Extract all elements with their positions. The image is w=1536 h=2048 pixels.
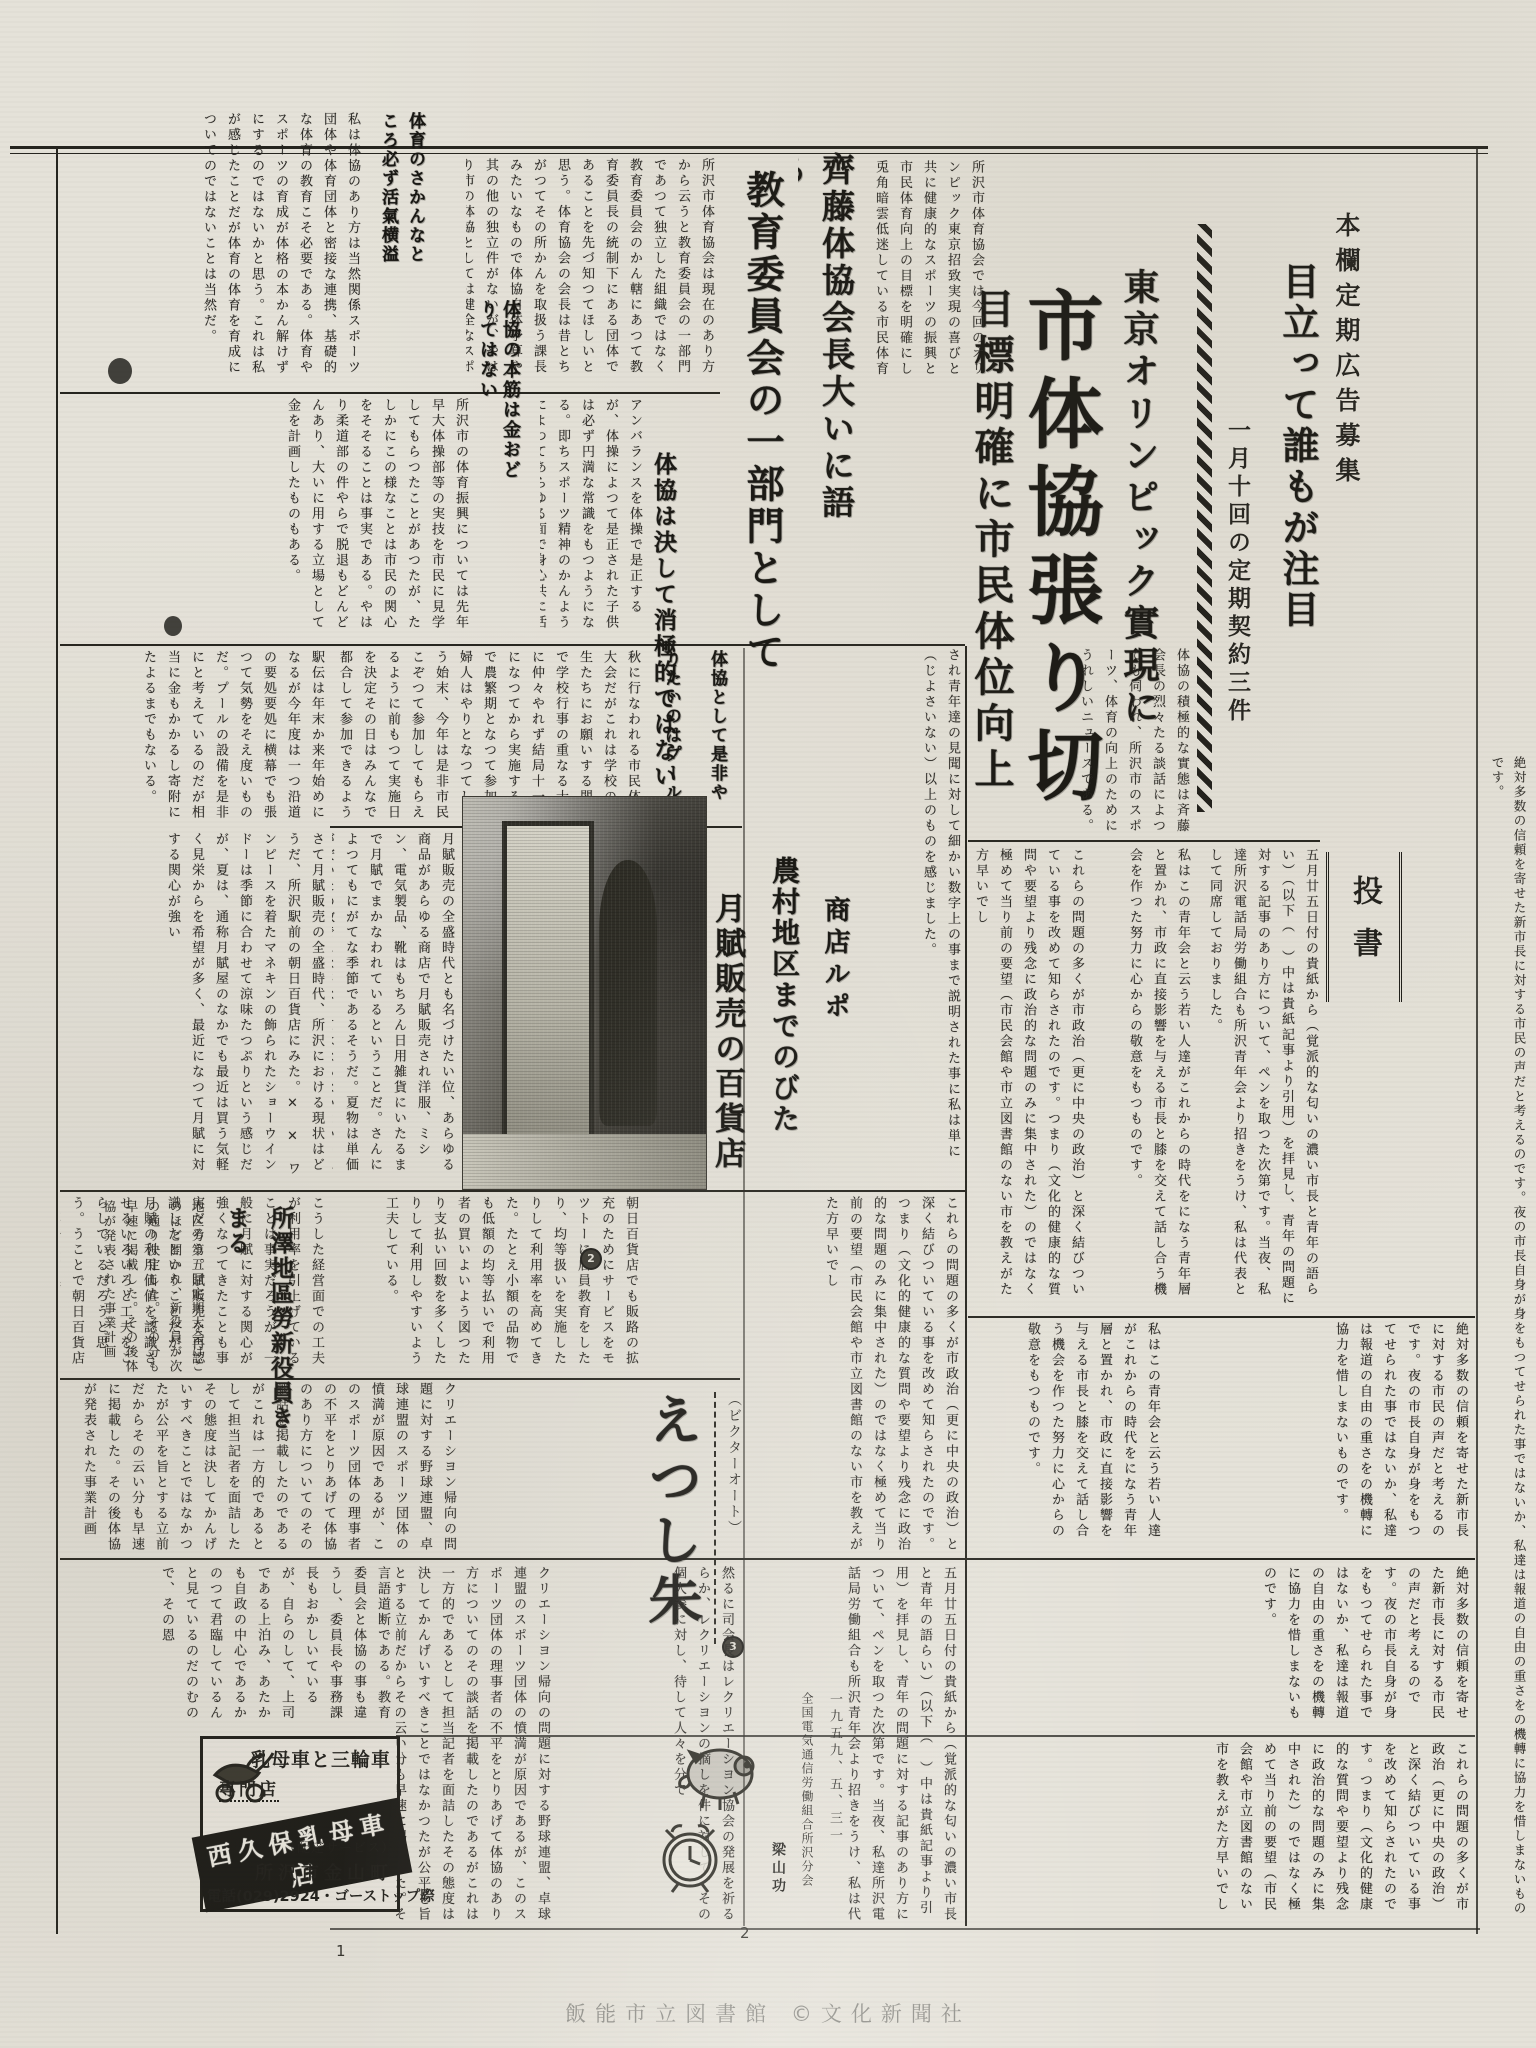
striped-divider [1197,224,1212,812]
ad-shop-type: 專門店 [219,1775,279,1802]
article-body: 所沢市の体育振興については先年早大体操部等の実技を市民に見学してもらつたことがあ… [60,398,472,640]
page-number-right: 2 [740,1924,750,1942]
article-body: 私は体協のあり方は当然関係スポーツ団体や体育団体と密接な連携、基礎的な体育の教育… [60,112,364,388]
photo-step [463,1134,706,1189]
letter-signature-org: 全国電気通信労働組合所沢分会 [796,1692,816,1918]
letter-body: 私はこの青年会と云う若い人達がこれからの時代をになう青年層と置かれ、市政に直接影… [1092,848,1194,1308]
letter-body: これらの問題の多くが市政治（更に中央の政治）と深く結びついている事を改めて知らさ… [968,848,1088,1308]
letter-body: 五月廿五日付の貴紙から（覚派的な匂いの濃い市長と青年の語らい）（以下（ ）中は貴… [848,1566,960,1924]
pig-and-clock-illustration [648,1732,768,1907]
notice-subline: 一月十回の定期契約三件 [1222,418,1254,748]
article-body: 駅伝は年末か来年始めになるが今年度は一つ沿道の要処要処に横幕でも張つて気勢をそえ… [60,650,328,824]
pool-subhead: 体協として是非やりたいのはプールの建設だ [648,650,740,808]
section-rule [60,1558,1475,1560]
letter-body: 私はこの青年会と云う若い人達がこれからの時代をになう青年層と置かれ、市政に直接影… [968,1322,1164,1552]
article-body: 月賦販売の全盛時代とも名づけたい位、あらゆる商品があらゆる商店で月賦販売され洋服… [332,832,458,1186]
article-lead: 所沢市体育協会では今回のオリンピック東京招致実現の喜びと共に健康的なスポーツの振… [868,160,988,388]
taiiku-subhead: 体協の本筋は金おどりてはない [476,300,522,490]
page-number-left: 1 [336,1942,346,1960]
letter-signature-date: 一九五九、五、三一 [822,1692,844,1902]
letter-body: 五月廿五日付の貴紙から（覚派的な匂いの濃い市長と青年の語らい）（以下（ ）中は貴… [1198,848,1322,1308]
photo-doorway [502,821,595,1160]
left-frame-rule [56,146,58,1934]
circled-number-2: 2 [580,1248,602,1270]
section-rule [60,1378,740,1380]
letter-body: 絶対多数の信頼を寄せた新市長に対する市民の声だと考えるのです。夜の市長自身が身を… [1168,1322,1472,1552]
library-copyright-caption: 飯能市立図書館 ©文化新聞社 [0,1998,1536,2028]
ad-phone: 電話(029)2924・ゴーストップ際 [207,1885,435,1906]
shoten-kicker: 商店ルポ [810,896,854,1036]
article-body: クリエーシヨン帰向の問題に対する野球連盟、卓球連盟のスポーツ団体の憤満が原因であ… [60,1382,460,1554]
ad-box: 乳母車と三輪車 專門店 西久保乳母車店 （配達サービス） 所沢市金山町 電話(0… [200,1736,400,1912]
newspaper-page: 本欄定期広告募集 目立って誰もが注目 一月十回の定期契約三件 東京オリンピック實… [0,0,1536,2048]
shoten-headline: 農村地区までのびた [752,856,804,1146]
article-body: 言語道断である。教育委員会と体協の事も違うし、委員長や事務課長もおかしいているが… [60,1566,394,1730]
letter-body: 絶対多数の信頼を寄せた新市長に対する市民の声だと考えるのです。夜の市長自身が身を… [968,1566,1472,1728]
ink-blot [108,358,132,384]
tousho-title: 投書 [1342,875,1386,979]
article-lead-continued: 体協の積極的な實態は斉藤会長の烈々たる談話によつても伺われ、所沢市のスポーツ、体… [968,648,1193,836]
taiiku-headline: 体育のさかんなところ必ず活氣横溢 [372,112,428,272]
notice-title: 本欄定期広告募集 [1330,212,1364,512]
column-rule [965,646,967,1926]
saito-headline-2: 教育委員会の一部門として [724,170,790,690]
section-rule [60,392,720,394]
right-frame-rule [1476,146,1478,1934]
ink-blot [164,616,182,636]
saito-headline: 齊藤体協会長大いに語る [798,152,860,552]
ad-address: 所沢市金山町 [255,1859,393,1885]
article-body: 地区労第五回定期大会はこのほど開かれ、新役員が次の通り決定した。その分も早速に掲… [62,1200,208,1374]
bottom-rule [330,1928,1480,1930]
letter-body: これらの問題の多くが市政治（更に中央の政治）と深く結びついている事を改めて知らさ… [746,1196,962,1554]
ad-product: 乳母車と三輪車 [251,1745,391,1772]
tousho-title-box: 投書 [1326,852,1402,1002]
article-body: クリエーシヨン帰向の問題に対する野球連盟、卓球連盟のスポーツ団体の憤満が原因であ… [396,1566,554,1924]
section-rule [968,1316,1475,1318]
storefront-photo [462,796,707,1190]
photo-person [599,860,657,1127]
ad-service: （配達サービス） [283,1837,395,1856]
article-body: アンバランスを体操で是正するが、体操によつて是正された子供は必ず円満な常識をもつ… [540,398,646,640]
section-rule [60,644,965,646]
section-rule [60,1190,965,1192]
letter-body: これらの問題の多くが市政治（更に中央の政治）と深く結びついている事を改めて知らさ… [968,1742,1472,1924]
article-body: さて月賦販売の全盛時代、所沢における現状はどうだ、所沢駅前の朝日百貨店にみた。×… [60,832,328,1186]
letter-edge-column: 絶対多数の信頼を寄せた新市長に対する市民の声だと考えるのです。夜の市長自身が身を… [1482,756,1530,1926]
article-body: 朝日百貨店でも販路の拡充のためにサービスをモツトーに店員教育をしたり、均等扱いを… [332,1196,642,1374]
letter-body: され青年達の見聞に対して細かい数字上の事まで説明された事に私は単に（じよさいない… [868,648,964,1186]
letter-signature-name: 梁山功 [766,1842,788,1922]
notice-headline: 目立って誰もが注目 [1272,262,1324,652]
shoten-headline-2: 月賦販売の百貨店 [708,892,750,1192]
section-rule [968,840,1320,842]
